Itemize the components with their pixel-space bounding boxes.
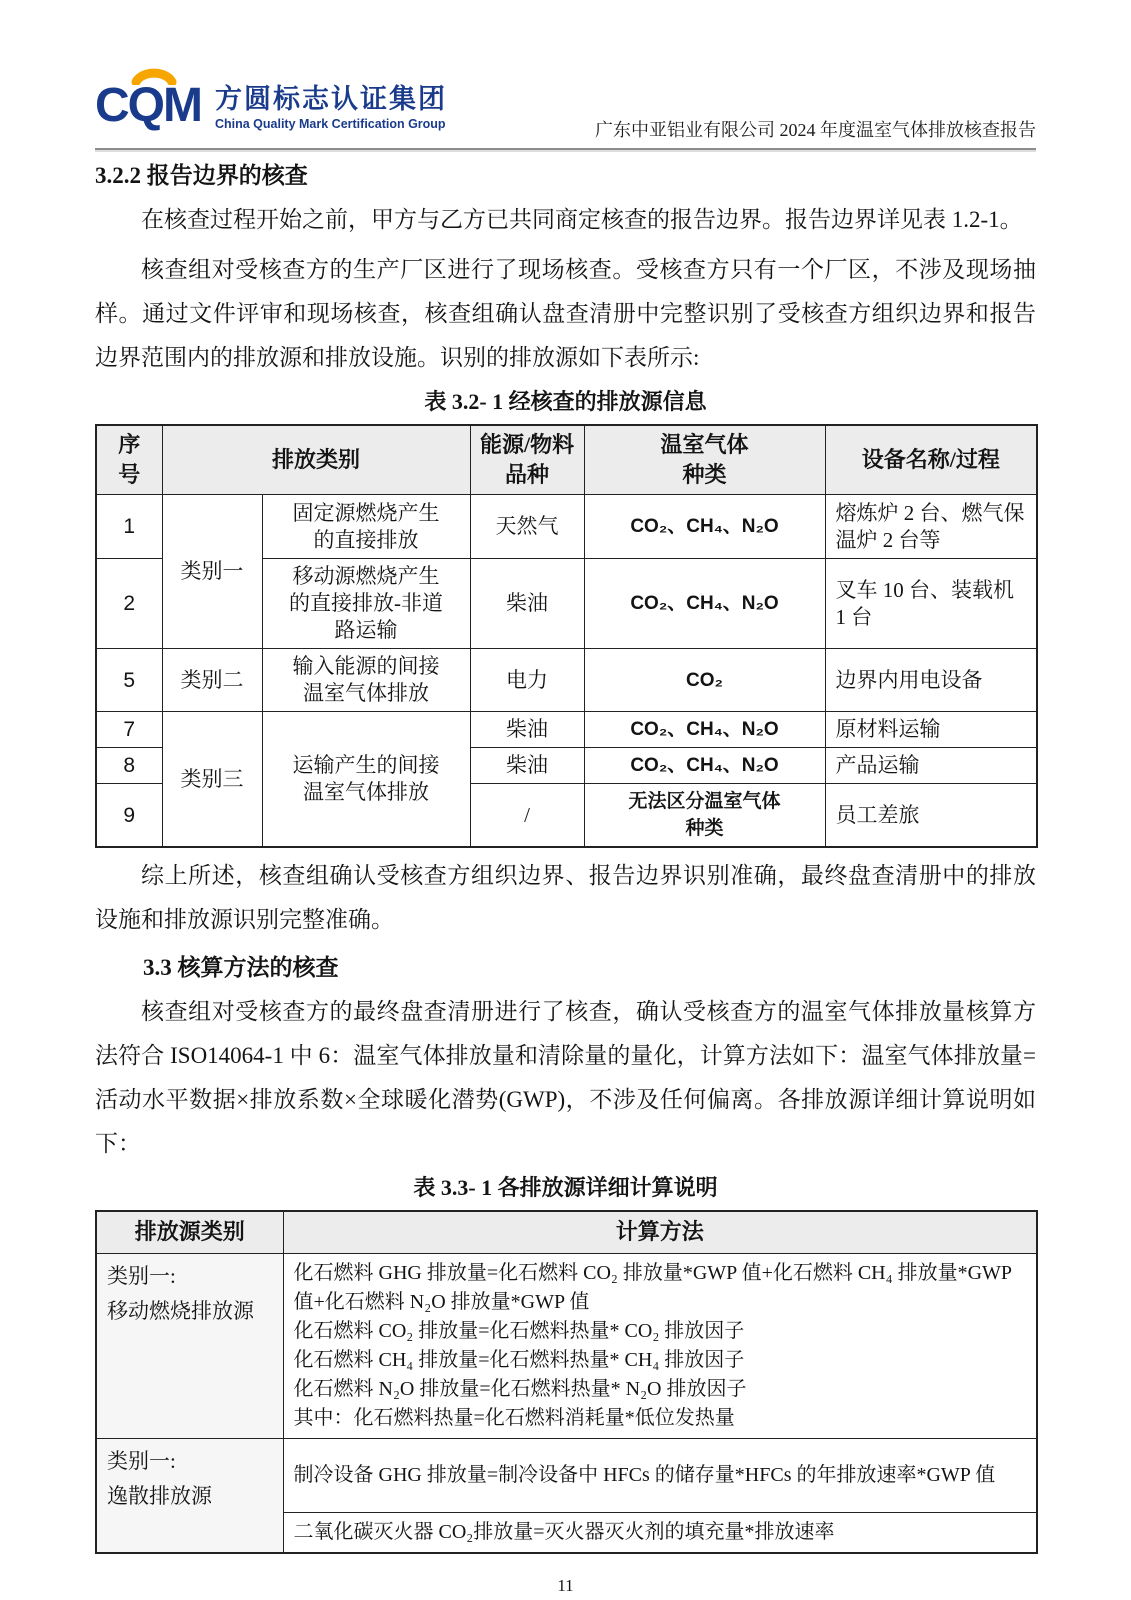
- cell-device: 熔炼炉 2 台、燃气保温炉 2 台等: [825, 495, 1037, 559]
- section-3-3-heading: 3.3 核算方法的核查: [143, 952, 1036, 984]
- col-header-no: 序 号: [96, 425, 162, 495]
- table-row: 5 类别二 输入能源的间接温室气体排放 电力 CO₂ 边界内用电设备: [96, 649, 1037, 712]
- table-row: 1 类别一 固定源燃烧产生的直接排放 天然气 CO₂、CH₄、N₂O 熔炼炉 2…: [96, 495, 1037, 559]
- section-3-2-2-heading: 3.2.2 报告边界的核查: [95, 160, 1036, 192]
- cqm-logo-name-en: China Quality Mark Certification Group: [215, 117, 447, 131]
- cqm-logo-text: CQM: [95, 79, 201, 132]
- cell-no: 5: [96, 649, 162, 712]
- cell-device: 产品运输: [825, 748, 1037, 784]
- formula-line: 化石燃料 CH₄ 排放量=化石燃料热量* CH₄ 排放因子: [294, 1346, 1027, 1375]
- col-header-method: 计算方法: [283, 1211, 1037, 1253]
- cell-method: 制冷设备 GHG 排放量=制冷设备中 HFCs 的储存量*HFCs 的年排放速率…: [283, 1438, 1037, 1512]
- cell-category: 类别一: [162, 495, 262, 649]
- cell-energy: 天然气: [470, 495, 584, 559]
- col-header-gas: 温室气体 种类: [584, 425, 825, 495]
- cell-energy: 电力: [470, 649, 584, 712]
- cell-device: 原材料运输: [825, 712, 1037, 748]
- cell-no: 8: [96, 748, 162, 784]
- cell-desc: 移动源燃烧产生的直接排放-非道路运输: [262, 559, 470, 649]
- cell-gas: 无法区分温室气体 种类: [584, 784, 825, 848]
- cell-device: 边界内用电设备: [825, 649, 1037, 712]
- cell-desc: 输入能源的间接温室气体排放: [262, 649, 470, 712]
- cell-device: 叉车 10 台、装载机 1 台: [825, 559, 1037, 649]
- cell-source-category: 类别一: 逸散排放源: [96, 1438, 283, 1553]
- cell-gas: CO₂、CH₄、N₂O: [584, 748, 825, 784]
- table-3-3-1-title: 表 3.3- 1 各排放源详细计算说明: [95, 1174, 1036, 1202]
- col-header-source-category: 排放源类别: [96, 1211, 283, 1253]
- cell-energy: 柴油: [470, 748, 584, 784]
- table-row: 类别一: 逸散排放源 制冷设备 GHG 排放量=制冷设备中 HFCs 的储存量*…: [96, 1438, 1037, 1512]
- table-row: 7 类别三 运输产生的间接温室气体排放 柴油 CO₂、CH₄、N₂O 原材料运输: [96, 712, 1037, 748]
- cell-energy: 柴油: [470, 559, 584, 649]
- formula-line: 化石燃料 GHG 排放量=化石燃料 CO₂ 排放量*GWP 值+化石燃料 CH₄…: [294, 1259, 1027, 1317]
- doc-title: 广东中亚铝业有限公司 2024 年度温室气体排放核查报告: [595, 116, 1036, 142]
- formula-line: 其中：化石燃料热量=化石燃料消耗量*低位发热量: [294, 1404, 1027, 1433]
- page-number: 11: [95, 1576, 1036, 1596]
- calculation-method-table: 排放源类别 计算方法 类别一: 移动燃烧排放源 化石燃料 GHG 排放量=化石燃…: [95, 1210, 1038, 1554]
- table-3-2-1-title: 表 3.2- 1 经核查的排放源信息: [95, 388, 1036, 416]
- summary-paragraph: 综上所述，核查组确认受核查方组织边界、报告边界识别准确，最终盘查清册中的排放设施…: [95, 854, 1036, 942]
- cell-energy: 柴油: [470, 712, 584, 748]
- col-header-energy: 能源/物料 品种: [470, 425, 584, 495]
- cell-no: 2: [96, 559, 162, 649]
- cell-desc: 运输产生的间接温室气体排放: [262, 712, 470, 848]
- paragraph: 核查组对受核查方的最终盘查清册进行了核查，确认受核查方的温室气体排放量核算方法符…: [95, 990, 1036, 1166]
- formula-line: 化石燃料 CO₂ 排放量=化石燃料热量* CO₂ 排放因子: [294, 1317, 1027, 1346]
- cqm-logo-mark: CQM: [95, 68, 201, 130]
- cell-category: 类别二: [162, 649, 262, 712]
- formula-line: 化石燃料 N₂O 排放量=化石燃料热量* N₂O 排放因子: [294, 1375, 1027, 1404]
- cell-category: 类别三: [162, 712, 262, 848]
- table-row: 类别一: 移动燃烧排放源 化石燃料 GHG 排放量=化石燃料 CO₂ 排放量*G…: [96, 1253, 1037, 1438]
- cell-no: 1: [96, 495, 162, 559]
- cell-no: 9: [96, 784, 162, 848]
- emission-sources-table: 序 号 排放类别 能源/物料 品种 温室气体 种类 设备名称/过程 1 类别一 …: [95, 424, 1038, 848]
- cqm-logo-names: 方圆标志认证集团 China Quality Mark Certificatio…: [215, 68, 447, 131]
- cell-gas: CO₂、CH₄、N₂O: [584, 495, 825, 559]
- paragraph: 核查组对受核查方的生产厂区进行了现场核查。受核查方只有一个厂区，不涉及现场抽样。…: [95, 248, 1036, 380]
- cqm-logo: CQM 方圆标志认证集团 China Quality Mark Certific…: [95, 68, 447, 131]
- cell-source-category: 类别一: 移动燃烧排放源: [96, 1253, 283, 1438]
- cell-method: 二氧化碳灭火器 CO₂排放量=灭火器灭火剂的填充量*排放速率: [283, 1512, 1037, 1553]
- cell-no: 7: [96, 712, 162, 748]
- cell-gas: CO₂、CH₄、N₂O: [584, 712, 825, 748]
- cell-method: 化石燃料 GHG 排放量=化石燃料 CO₂ 排放量*GWP 值+化石燃料 CH₄…: [283, 1253, 1037, 1438]
- cell-desc: 固定源燃烧产生的直接排放: [262, 495, 470, 559]
- header-rule: [95, 148, 1036, 150]
- paragraph: 在核查过程开始之前，甲方与乙方已共同商定核查的报告边界。报告边界详见表 1.2-…: [95, 198, 1036, 242]
- table-header-row: 序 号 排放类别 能源/物料 品种 温室气体 种类 设备名称/过程: [96, 425, 1037, 495]
- col-header-device: 设备名称/过程: [825, 425, 1037, 495]
- cell-gas: CO₂: [584, 649, 825, 712]
- col-header-category: 排放类别: [162, 425, 470, 495]
- page-header: CQM 方圆标志认证集团 China Quality Mark Certific…: [95, 68, 1036, 142]
- cell-device: 员工差旅: [825, 784, 1037, 848]
- cell-gas: CO₂、CH₄、N₂O: [584, 559, 825, 649]
- cqm-logo-arc-icon: [131, 68, 177, 85]
- report-page: CQM 方圆标志认证集团 China Quality Mark Certific…: [0, 0, 1131, 1600]
- table-header-row: 排放源类别 计算方法: [96, 1211, 1037, 1253]
- cqm-logo-name-zh: 方圆标志认证集团: [215, 84, 447, 114]
- cell-energy: /: [470, 784, 584, 848]
